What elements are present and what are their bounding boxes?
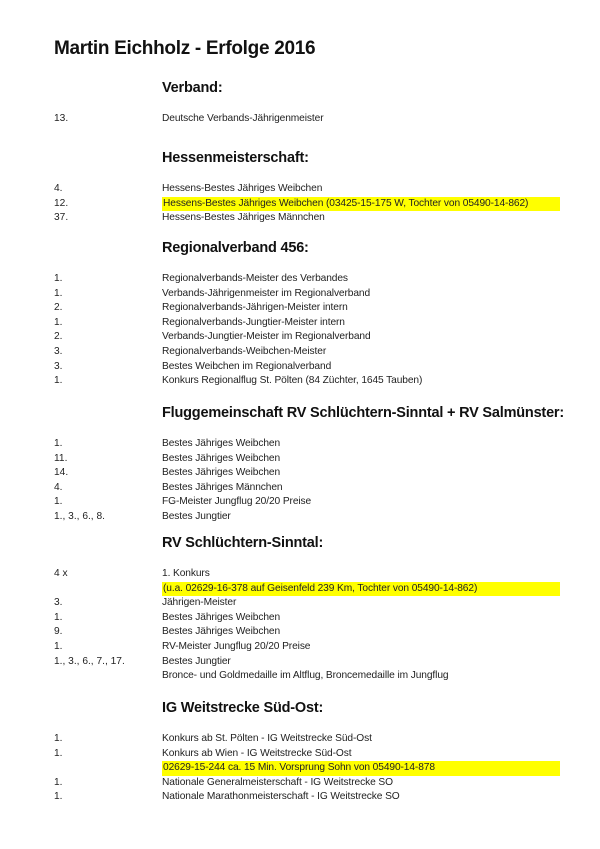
achievement-text: (u.a. 02629-16-378 auf Geisenfeld 239 Km… xyxy=(162,582,560,597)
achievement-row: 1.Verbands-Jährigenmeister im Regionalve… xyxy=(0,287,600,302)
rank-label: 3. xyxy=(54,596,63,611)
rank-label: 1. xyxy=(54,776,63,791)
rank-label: 37. xyxy=(54,211,68,226)
achievement-text: Bestes Jähriges Weibchen xyxy=(162,437,280,452)
achievement-row: 1., 3., 6., 8.Bestes Jungtier xyxy=(0,510,600,525)
achievement-text: 1. Konkurs xyxy=(162,567,210,582)
achievement-row: 1.Konkurs ab Wien - IG Weitstrecke Süd-O… xyxy=(0,747,600,762)
achievement-row: 3.Jährigen-Meister xyxy=(0,596,600,611)
achievement-text: RV-Meister Jungflug 20/20 Preise xyxy=(162,640,310,655)
highlighted-achievement-row: 12.Hessens-Bestes Jähriges Weibchen (034… xyxy=(0,197,600,212)
achievement-text: Bestes Weibchen im Regionalverband xyxy=(162,360,331,375)
achievement-row: 1.Regionalverbands-Meister des Verbandes xyxy=(0,272,600,287)
achievement-row: 37.Hessens-Bestes Jähriges Männchen xyxy=(0,211,600,226)
achievement-text: Regionalverbands-Jährigen-Meister intern xyxy=(162,301,348,316)
achievement-text: Bestes Jungtier xyxy=(162,655,231,670)
rank-label: 1. xyxy=(54,640,63,655)
achievement-text: Regionalverbands-Weibchen-Meister xyxy=(162,345,326,360)
highlighted-achievement-row: (u.a. 02629-16-378 auf Geisenfeld 239 Km… xyxy=(0,582,600,597)
achievement-list: 13.Deutsche Verbands-Jährigenmeister xyxy=(0,112,600,127)
rank-label: 1. xyxy=(54,611,63,626)
rank-label: 4. xyxy=(54,481,63,496)
section-heading: Fluggemeinschaft RV Schlüchtern-Sinntal … xyxy=(162,405,564,421)
achievement-text: Verbands-Jährigenmeister im Regionalverb… xyxy=(162,287,370,302)
achievement-text: Bestes Jungtier xyxy=(162,510,231,525)
rank-label: 3. xyxy=(54,345,63,360)
achievement-text: Bestes Jähriges Weibchen xyxy=(162,611,280,626)
rank-label: 1. xyxy=(54,747,63,762)
section-heading: RV Schlüchtern-Sinntal: xyxy=(162,535,323,551)
rank-label: 1. xyxy=(54,272,63,287)
rank-label: 1. xyxy=(54,437,63,452)
achievement-text: Deutsche Verbands-Jährigenmeister xyxy=(162,112,324,127)
achievement-row: 2.Regionalverbands-Jährigen-Meister inte… xyxy=(0,301,600,316)
achievement-row: 9.Bestes Jähriges Weibchen xyxy=(0,625,600,640)
achievement-row: 4 x1. Konkurs xyxy=(0,567,600,582)
achievement-row: 1.Nationale Generalmeisterschaft - IG We… xyxy=(0,776,600,791)
rank-label: 1., 3., 6., 7., 17. xyxy=(54,655,125,670)
achievement-row: 2.Verbands-Jungtier-Meister im Regionalv… xyxy=(0,330,600,345)
achievement-row: Bronce- und Goldmedaille im Altflug, Bro… xyxy=(0,669,600,684)
achievement-row: 1., 3., 6., 7., 17.Bestes Jungtier xyxy=(0,655,600,670)
rank-label: 4 x xyxy=(54,567,68,582)
achievement-text: Bestes Jähriges Weibchen xyxy=(162,625,280,640)
achievement-row: 3.Regionalverbands-Weibchen-Meister xyxy=(0,345,600,360)
rank-label: 11. xyxy=(54,452,67,467)
achievement-list: 4 x1. Konkurs(u.a. 02629-16-378 auf Geis… xyxy=(0,567,600,684)
section-heading: IG Weitstrecke Süd-Ost: xyxy=(162,700,323,716)
achievement-row: 1.Konkurs ab St. Pölten - IG Weitstrecke… xyxy=(0,732,600,747)
achievement-list: 1.Regionalverbands-Meister des Verbandes… xyxy=(0,272,600,389)
achievement-row: 1.Bestes Jähriges Weibchen xyxy=(0,611,600,626)
rank-label: 1. xyxy=(54,374,63,389)
achievement-row: 3.Bestes Weibchen im Regionalverband xyxy=(0,360,600,375)
achievement-row: 1.Nationale Marathonmeisterschaft - IG W… xyxy=(0,790,600,805)
rank-label: 2. xyxy=(54,301,63,316)
achievement-row: 1.Bestes Jähriges Weibchen xyxy=(0,437,600,452)
achievement-text: Hessens-Bestes Jähriges Weibchen xyxy=(162,182,322,197)
achievement-text: Konkurs ab Wien - IG Weitstrecke Süd-Ost xyxy=(162,747,351,762)
rank-label: 14. xyxy=(54,466,68,481)
section-heading: Hessenmeisterschaft: xyxy=(162,150,309,166)
achievement-text: Bestes Jähriges Weibchen xyxy=(162,466,280,481)
achievement-text: Hessens-Bestes Jähriges Weibchen (03425-… xyxy=(162,197,560,212)
achievement-row: 1.RV-Meister Jungflug 20/20 Preise xyxy=(0,640,600,655)
achievement-text: Verbands-Jungtier-Meister im Regionalver… xyxy=(162,330,371,345)
rank-label: 1. xyxy=(54,287,63,302)
rank-label: 2. xyxy=(54,330,63,345)
achievement-row: 1.Konkurs Regionalflug St. Pölten (84 Zü… xyxy=(0,374,600,389)
achievement-row: 14.Bestes Jähriges Weibchen xyxy=(0,466,600,481)
achievement-text: Nationale Generalmeisterschaft - IG Weit… xyxy=(162,776,393,791)
rank-label: 1. xyxy=(54,732,63,747)
achievement-row: 11.Bestes Jähriges Weibchen xyxy=(0,452,600,467)
achievement-list: 1.Bestes Jähriges Weibchen11.Bestes Jähr… xyxy=(0,437,600,525)
rank-label: 3. xyxy=(54,360,63,375)
rank-label: 9. xyxy=(54,625,63,640)
achievement-row: 4.Bestes Jähriges Männchen xyxy=(0,481,600,496)
achievement-row: 13.Deutsche Verbands-Jährigenmeister xyxy=(0,112,600,127)
achievement-text: Regionalverbands-Jungtier-Meister intern xyxy=(162,316,345,331)
achievement-row: 1.FG-Meister Jungflug 20/20 Preise xyxy=(0,495,600,510)
achievement-text: FG-Meister Jungflug 20/20 Preise xyxy=(162,495,311,510)
section-heading: Regionalverband 456: xyxy=(162,240,309,256)
achievement-text: Konkurs Regionalflug St. Pölten (84 Züch… xyxy=(162,374,422,389)
achievement-text: Hessens-Bestes Jähriges Männchen xyxy=(162,211,325,226)
achievement-text: Konkurs ab St. Pölten - IG Weitstrecke S… xyxy=(162,732,372,747)
achievement-text: Jährigen-Meister xyxy=(162,596,236,611)
achievement-text: Nationale Marathonmeisterschaft - IG Wei… xyxy=(162,790,400,805)
achievement-text: Bestes Jähriges Männchen xyxy=(162,481,283,496)
document-title: Martin Eichholz - Erfolge 2016 xyxy=(54,38,315,60)
achievement-text: Bestes Jähriges Weibchen xyxy=(162,452,280,467)
achievement-list: 4.Hessens-Bestes Jähriges Weibchen12.Hes… xyxy=(0,182,600,226)
achievement-text: 02629-15-244 ca. 15 Min. Vorsprung Sohn … xyxy=(162,761,560,776)
achievement-text: Bronce- und Goldmedaille im Altflug, Bro… xyxy=(162,669,448,684)
achievement-text: Regionalverbands-Meister des Verbandes xyxy=(162,272,348,287)
rank-label: 12. xyxy=(54,197,68,212)
rank-label: 1. xyxy=(54,316,63,331)
document-page: Martin Eichholz - Erfolge 2016 Verband:1… xyxy=(0,0,600,849)
achievement-row: 1.Regionalverbands-Jungtier-Meister inte… xyxy=(0,316,600,331)
rank-label: 4. xyxy=(54,182,63,197)
highlighted-achievement-row: 02629-15-244 ca. 15 Min. Vorsprung Sohn … xyxy=(0,761,600,776)
rank-label: 1., 3., 6., 8. xyxy=(54,510,105,525)
section-heading: Verband: xyxy=(162,80,222,96)
rank-label: 1. xyxy=(54,495,63,510)
achievement-row: 4.Hessens-Bestes Jähriges Weibchen xyxy=(0,182,600,197)
rank-label: 13. xyxy=(54,112,68,127)
rank-label: 1. xyxy=(54,790,63,805)
achievement-list: 1.Konkurs ab St. Pölten - IG Weitstrecke… xyxy=(0,732,600,805)
